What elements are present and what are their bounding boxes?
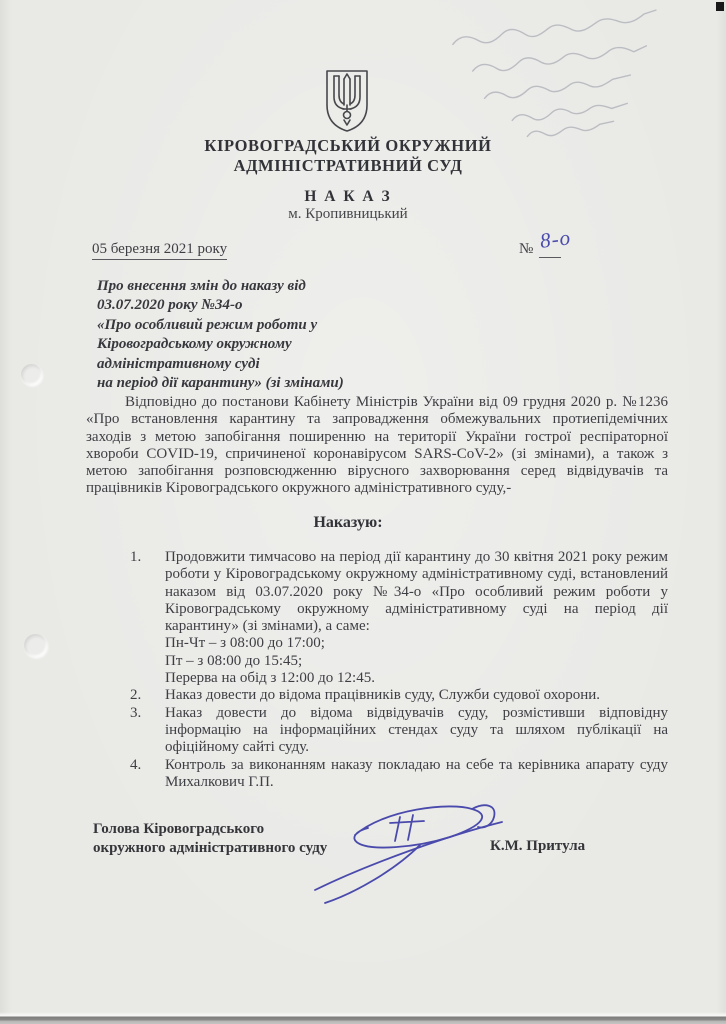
item-text: Наказ довести до відома працівників суду… (165, 687, 668, 704)
handwritten-note (425, 2, 723, 142)
item-text: Контроль за виконанням наказу покладаю н… (165, 757, 668, 792)
item-number: 3. (130, 705, 165, 757)
schedule-line: Пт – з 08:00 до 15:45; (165, 653, 668, 670)
order-date: 05 березня 2021 року (92, 241, 227, 260)
hole-punch-bottom (24, 634, 47, 657)
scanned-document-page: КІРОВОГРАДСЬКИЙ ОКРУЖНИЙ АДМІНІСТРАТИВНИ… (0, 0, 726, 1024)
order-number-label: № (519, 241, 533, 258)
order-item-4: 4. Контроль за виконанням наказу поклада… (130, 757, 668, 792)
item-number: 4. (130, 757, 165, 792)
order-item-3: 3. Наказ довести до відома відвідувачів … (130, 705, 668, 757)
subject-line: Про внесення змін до наказу від (97, 277, 344, 296)
item-text: Продовжити тимчасово на період дії каран… (165, 549, 668, 687)
item-1-body: Продовжити тимчасово на період дії каран… (165, 549, 668, 634)
order-preamble: Відповідно до постанови Кабінету Міністр… (86, 394, 668, 498)
signature-title-line1: Голова Кіровоградського (93, 820, 327, 839)
subject-line: «Про особливий режим роботи у (97, 316, 344, 335)
order-number-underline (539, 257, 561, 258)
subject-line: 03.07.2020 року №34-о (97, 296, 344, 315)
order-subject: Про внесення змін до наказу від 03.07.20… (97, 277, 344, 393)
order-item-2: 2. Наказ довести до відома працівників с… (130, 687, 668, 704)
subject-line: на період дії карантину» (зі змінами) (97, 374, 344, 393)
signature-title-line2: окружного адміністративного суду (93, 839, 327, 858)
document-type: Н А К А З (0, 188, 696, 206)
court-name: КІРОВОГРАДСЬКИЙ ОКРУЖНИЙ АДМІНІСТРАТИВНИ… (0, 136, 696, 175)
order-number-handwritten: 8-о (539, 225, 573, 254)
scan-bottom-edge (0, 1012, 726, 1024)
order-item-list: 1. Продовжити тимчасово на період дії ка… (130, 549, 668, 791)
court-name-line2: АДМІНІСТРАТИВНИЙ СУД (0, 156, 696, 176)
order-heading: Наказую: (0, 514, 696, 532)
ukraine-trident-emblem-icon (322, 69, 372, 133)
item-number: 1. (130, 549, 165, 687)
item-text: Наказ довести до відома відвідувачів суд… (165, 705, 668, 757)
order-item-1: 1. Продовжити тимчасово на період дії ка… (130, 549, 668, 687)
subject-line: Кіровоградському окружному (97, 335, 344, 354)
hole-punch-top (21, 364, 42, 385)
item-number: 2. (130, 687, 165, 704)
schedule-line: Перерва на обід з 12:00 до 12:45. (165, 670, 668, 687)
signature-name: К.М. Притула (490, 838, 585, 855)
signature-title: Голова Кіровоградського окружного адміні… (93, 820, 327, 858)
document-city: м. Кропивницький (0, 206, 696, 223)
court-name-line1: КІРОВОГРАДСЬКИЙ ОКРУЖНИЙ (0, 136, 696, 156)
schedule-line: Пн-Чт – з 08:00 до 17:00; (165, 635, 668, 652)
subject-line: адміністративному суді (97, 355, 344, 374)
handwritten-signature (300, 795, 510, 910)
